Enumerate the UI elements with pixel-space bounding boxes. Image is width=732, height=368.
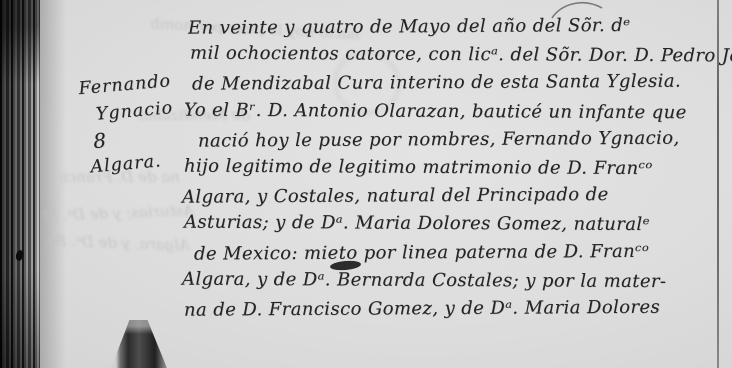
entry-text-line: Algara, y Costales, natural del Principa… — [182, 181, 722, 213]
entry-text-line: Algara, y de Dᵃ. Bernarda Costales; y po… — [182, 265, 722, 296]
page-clamp — [111, 320, 167, 368]
entry-text-line: Asturias; y de Dᵃ. Maria Dolores Gomez, … — [184, 209, 722, 240]
entry-text-line: En veinte y quatro de Mayo del año del S… — [188, 11, 722, 42]
entry-text-line: nació hoy le puse por nombres, Fernando … — [198, 124, 722, 155]
bleedthrough-text: Asturias; y de Dᵃ. Maria Dolores Gomez, … — [44, 201, 195, 224]
book-binding-edge — [0, 0, 40, 368]
margin-note: FernandoYgnacio8Algara. — [78, 68, 180, 182]
entry-text-line: de Mexico: mieto por linea paterna de D.… — [194, 237, 722, 268]
manuscript-page: nació hoy le puse por nombres, Fernando … — [0, 0, 732, 368]
entry-text-line: de Mendizabal Cura interino de esta Sant… — [192, 68, 722, 99]
entry-text-line: na de D. Francisco Gomez, y de Dᵃ. Maria… — [184, 293, 722, 324]
entry-text-line: mil ochocientos catorce, con licᵃ. del S… — [190, 40, 722, 71]
entry-text-line: hijo legitimo de legitimo matrimonio de … — [184, 153, 722, 184]
entry-text: En veinte y quatro de Mayo del año del S… — [182, 13, 722, 323]
page-right-edge — [717, 0, 719, 368]
bleedthrough-text: Algara, y de Dᵃ. Bernarda Costales; y po… — [48, 232, 191, 255]
entry-text-line: Yo el Bʳ. D. Antonio Olarazan, bauticé u… — [184, 96, 722, 127]
